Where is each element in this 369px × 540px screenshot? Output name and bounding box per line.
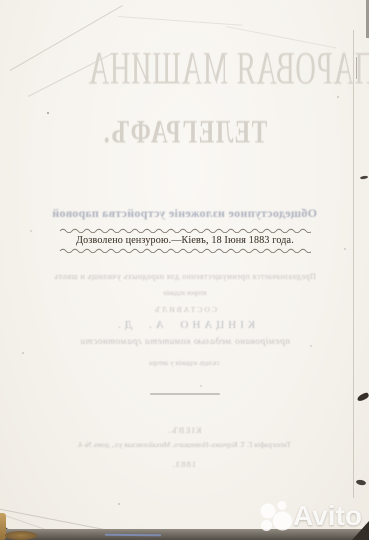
edge-damage-mark <box>356 57 357 79</box>
mirrored-title-line-2: ТЕЛЕГРАФЪ. <box>0 110 369 156</box>
paper-speck <box>337 96 339 98</box>
wavy-rule-bottom <box>59 247 311 253</box>
paper-speck <box>22 352 24 354</box>
mirrored-title-line-1-text: ПАРОВАЯ МАШИНА <box>88 41 369 94</box>
mirrored-note-line-1-text: Предназначается преимущественно для наро… <box>54 272 316 282</box>
avito-logo-icon <box>254 497 292 535</box>
mirrored-author-line: КІНЦАНО А. Д. <box>0 318 369 330</box>
paper-speck <box>200 385 202 387</box>
mirrored-author-text: КІНЦАНО А. Д. <box>114 319 255 331</box>
mirrored-title-line-1: ПАРОВАЯ МАШИНА <box>0 42 369 94</box>
book-page: ПАРОВАЯ МАШИНА ТЕЛЕГРАФЪ. Общедоступное … <box>0 0 369 531</box>
mirrored-compiled-by-label: СОСТАВИЛЪ <box>0 303 369 312</box>
paper-speck <box>30 230 32 232</box>
short-rule <box>150 393 220 395</box>
blue-edge-line <box>105 534 161 536</box>
mirrored-note-line-2-text: второе изданіе <box>163 289 206 298</box>
paper-speck <box>118 503 120 505</box>
mirrored-imprint-printer: Типографія Г. Т. Корчакъ-Новицкаго, Миха… <box>0 438 369 447</box>
mirrored-title-line-2-text: ТЕЛЕГРАФЪ. <box>102 108 267 158</box>
mirrored-award-text: преміровано медалью комитета грамотности <box>80 336 290 348</box>
mirrored-note-line-3: складъ изданія у автора <box>0 356 369 365</box>
mirrored-award-line: преміровано медалью комитета грамотности <box>0 334 369 346</box>
paper-crease <box>118 16 243 26</box>
mirrored-subtitle-text: Общедоступное изложеніе устройства паров… <box>52 204 317 222</box>
mirrored-note-line-1: Предназначается преимущественно для наро… <box>0 270 369 280</box>
mirrored-imprint-year: 1883. <box>0 458 369 468</box>
avito-wordmark: Avito <box>293 494 362 538</box>
censorship-stamp-text: Дозволено цензурою.—Кіевъ, 18 Іюня 1883 … <box>55 235 315 246</box>
wavy-rule-top <box>59 227 311 233</box>
book-page-photo: ПАРОВАЯ МАШИНА ТЕЛЕГРАФЪ. Общедоступное … <box>0 0 369 540</box>
mirrored-compiled-by-text: СОСТАВИЛЪ <box>153 305 217 314</box>
censorship-stamp: Дозволено цензурою.—Кіевъ, 18 Іюня 1883 … <box>55 227 315 253</box>
mirrored-imprint-city: КІЕВЪ. <box>0 424 369 434</box>
paper-speck <box>344 248 346 250</box>
mirrored-imprint-printer-text: Типографія Г. Т. Корчакъ-Новицкаго, Миха… <box>77 440 291 449</box>
mirrored-subtitle: Общедоступное изложеніе устройства паров… <box>0 204 369 222</box>
avito-watermark: Avito <box>254 494 362 538</box>
mirrored-note-line-2: второе изданіе <box>0 286 369 295</box>
wooden-object <box>5 531 37 540</box>
mirrored-note-line-3-text: складъ изданія у автора <box>149 359 219 368</box>
mirrored-imprint-year-text: 1883. <box>172 459 196 469</box>
mirrored-imprint-city-text: КІЕВЪ. <box>167 426 201 436</box>
